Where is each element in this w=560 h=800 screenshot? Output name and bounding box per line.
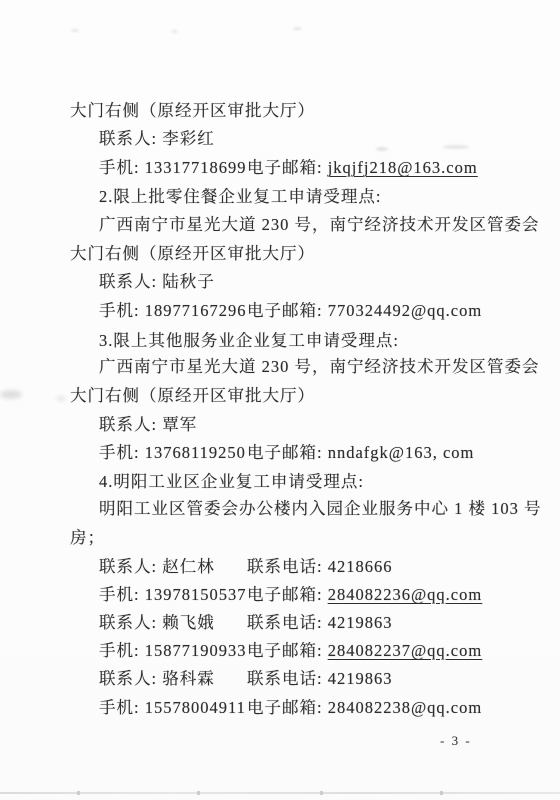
telephone-field: 联系电话: 4218666 bbox=[247, 556, 392, 578]
email-label: 电子邮箱: bbox=[247, 585, 328, 604]
scan-smudge bbox=[0, 390, 22, 399]
email-address: 284082238@qq.com bbox=[328, 698, 482, 717]
email-address: 770324492@qq.com bbox=[328, 301, 482, 320]
scan-speck bbox=[376, 147, 388, 151]
telephone-number: 4218666 bbox=[328, 557, 393, 576]
email-label: 电子邮箱: bbox=[247, 443, 328, 462]
scan-speck bbox=[71, 29, 79, 32]
phone-email-line: 手机: 13978150537 电子邮箱: 284082236@qq.com bbox=[99, 584, 246, 606]
address-wrap-line: 大门右侧（原经开区审批大厅） bbox=[70, 243, 315, 265]
email-label: 电子邮箱: bbox=[247, 158, 328, 177]
email-address: 284082237@qq.com bbox=[328, 641, 482, 660]
address-wrap-line: 房； bbox=[70, 527, 105, 549]
email-address: 284082236@qq.com bbox=[328, 585, 482, 604]
email-field: 电子邮箱: 284082236@qq.com bbox=[247, 584, 482, 606]
contact-line: 联系人: 覃军 bbox=[99, 414, 197, 436]
email-field: 电子邮箱: 284082237@qq.com bbox=[247, 640, 482, 662]
address-wrap-line: 大门右侧（原经开区审批大厅） bbox=[70, 385, 315, 407]
telephone-number: 4219863 bbox=[328, 669, 393, 688]
section-heading: 2.限上批零住餐企业复工申请受理点: bbox=[99, 186, 381, 208]
telephone-label: 联系电话: bbox=[247, 613, 328, 632]
email-address: nndafgk@163, com bbox=[328, 443, 475, 462]
scan-edge-tick bbox=[197, 791, 200, 795]
email-address: jkqjfj218@163.com bbox=[328, 158, 478, 177]
telephone-label: 联系电话: bbox=[247, 557, 328, 576]
email-field: 电子邮箱: jkqjfj218@163.com bbox=[247, 157, 478, 179]
telephone-field: 联系电话: 4219863 bbox=[247, 612, 392, 634]
phone-number: 手机: 13768119250 bbox=[99, 443, 246, 462]
scan-edge-tick bbox=[440, 791, 443, 795]
address-wrap-line: 大门右侧（原经开区审批大厅） bbox=[70, 100, 315, 122]
telephone-label: 联系电话: bbox=[247, 669, 328, 688]
phone-number: 手机: 18977167296 bbox=[99, 301, 246, 320]
scan-speck bbox=[293, 27, 302, 30]
scan-speck bbox=[443, 145, 469, 149]
contact-line: 联系人: 陆秋子 bbox=[99, 271, 215, 293]
scan-edge-line bbox=[0, 792, 560, 794]
email-field: 电子邮箱: nndafgk@163, com bbox=[247, 442, 474, 464]
email-field: 电子邮箱: 284082238@qq.com bbox=[247, 697, 482, 719]
telephone-field: 联系电话: 4219863 bbox=[247, 668, 392, 690]
phone-number: 手机: 15877190933 bbox=[99, 641, 246, 660]
page-number: - 3 - bbox=[440, 733, 500, 749]
address-line: 明阳工业区管委会办公楼内入园企业服务中心 1 楼 103 号 bbox=[99, 498, 542, 520]
scan-edge-tick bbox=[320, 791, 323, 795]
section-heading: 3.限上其他服务业企业复工申请受理点: bbox=[99, 330, 399, 352]
phone-number: 手机: 15578004911 bbox=[99, 698, 246, 717]
contact-name: 联系人: 骆科霖 bbox=[99, 669, 215, 688]
email-label: 电子邮箱: bbox=[247, 301, 328, 320]
scan-smudge bbox=[56, 396, 66, 401]
phone-number: 手机: 13317718699 bbox=[99, 158, 246, 177]
scan-edge-tick bbox=[77, 791, 80, 795]
contact-line: 联系人: 李彩红 bbox=[99, 128, 215, 150]
scan-speck bbox=[171, 30, 178, 33]
contact-phone-line: 联系人: 赵仁林 联系电话: 4218666 bbox=[99, 556, 215, 578]
phone-email-line: 手机: 13768119250 电子邮箱: nndafgk@163, com bbox=[99, 442, 246, 464]
phone-email-line: 手机: 15578004911 电子邮箱: 284082238@qq.com bbox=[99, 697, 246, 719]
section-heading: 4.明阳工业区企业复工申请受理点: bbox=[99, 471, 364, 493]
scanned-document-page: 大门右侧（原经开区审批大厅） 联系人: 李彩红 手机: 13317718699 … bbox=[0, 0, 560, 800]
contact-name: 联系人: 赵仁林 bbox=[99, 557, 215, 576]
contact-phone-line: 联系人: 骆科霖 联系电话: 4219863 bbox=[99, 668, 215, 690]
address-line: 广西南宁市星光大道 230 号，南宁经济技术开发区管委会 bbox=[99, 214, 540, 236]
phone-email-line: 手机: 18977167296 电子邮箱: 770324492@qq.com bbox=[99, 300, 246, 322]
email-label: 电子邮箱: bbox=[247, 641, 328, 660]
email-label: 电子邮箱: bbox=[247, 698, 328, 717]
telephone-number: 4219863 bbox=[328, 613, 393, 632]
phone-number: 手机: 13978150537 bbox=[99, 585, 246, 604]
phone-email-line: 手机: 15877190933 电子邮箱: 284082237@qq.com bbox=[99, 640, 246, 662]
contact-phone-line: 联系人: 赖飞娥 联系电话: 4219863 bbox=[99, 612, 215, 634]
phone-email-line: 手机: 13317718699 电子邮箱: jkqjfj218@163.com bbox=[99, 157, 246, 179]
address-line: 广西南宁市星光大道 230 号，南宁经济技术开发区管委会 bbox=[99, 356, 540, 378]
contact-name: 联系人: 赖飞娥 bbox=[99, 613, 215, 632]
email-field: 电子邮箱: 770324492@qq.com bbox=[247, 300, 482, 322]
